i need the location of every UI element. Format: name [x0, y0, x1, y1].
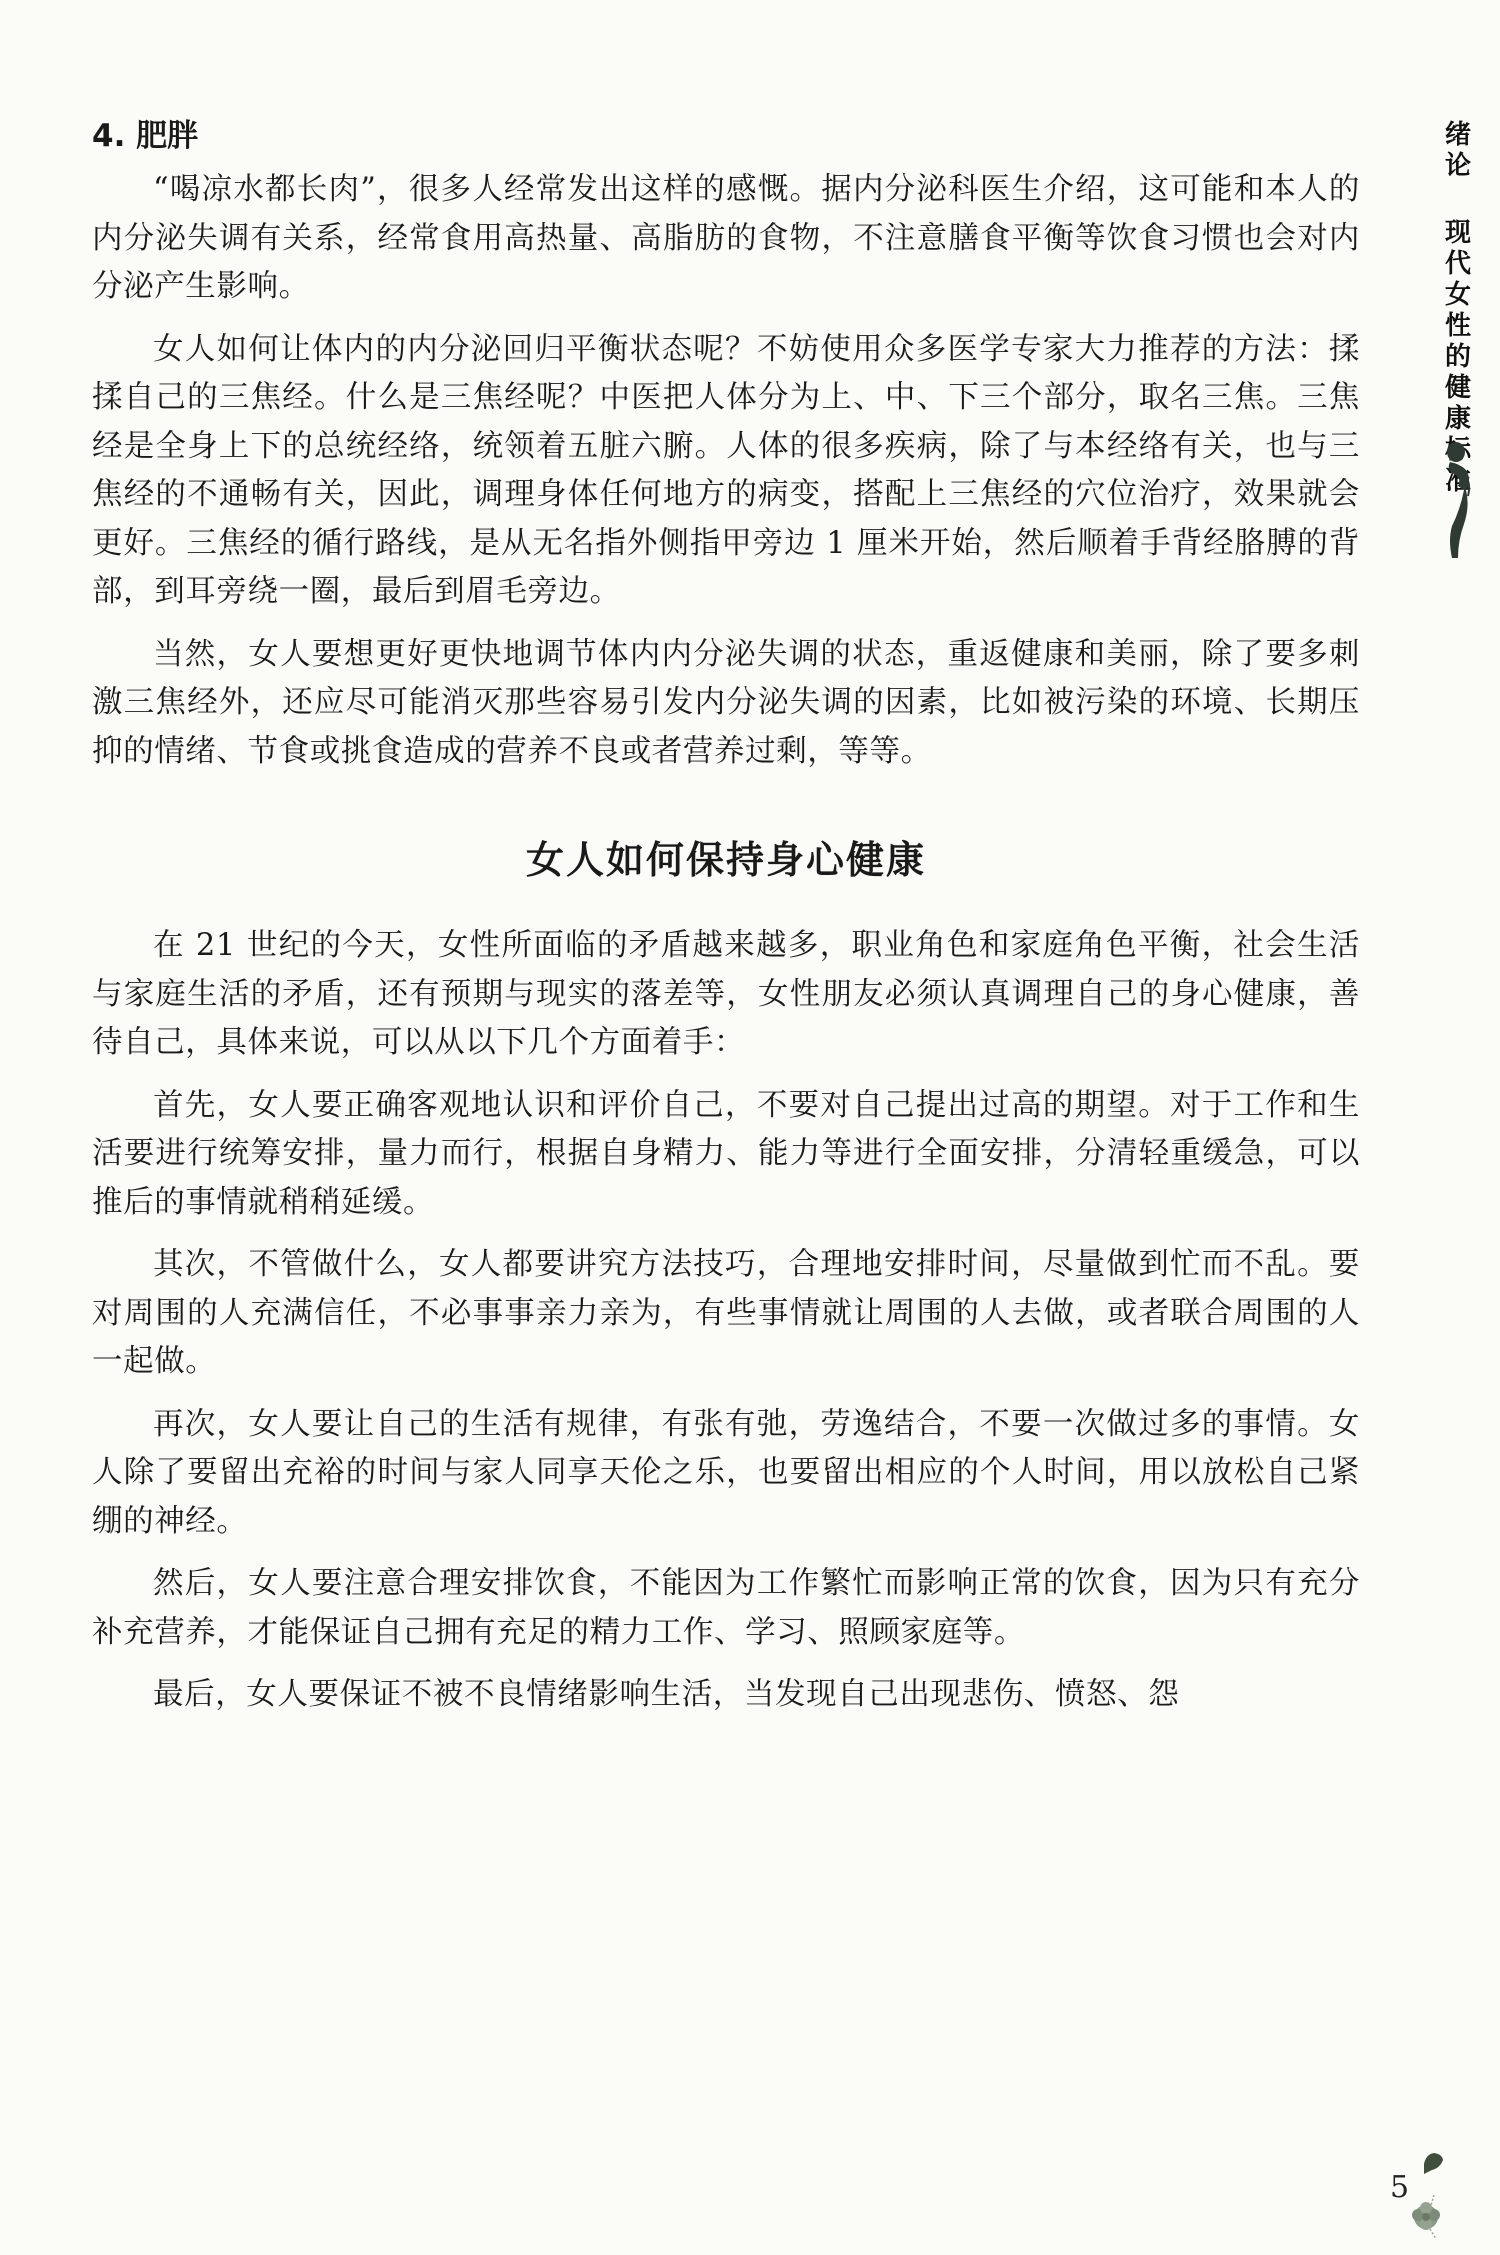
woman-figure-icon [1436, 440, 1476, 560]
running-head-part: 绪论 [1440, 120, 1476, 182]
paragraph: 然后，女人要注意合理安排饮食，不能因为工作繁忙而影响正常的饮食，因为只有充分补充… [92, 1560, 1360, 1657]
paragraph: 当然，女人要想更好更快地调节体内内分泌失调的状态，重返健康和美丽，除了要多刺激三… [92, 631, 1360, 777]
section-health: 女人如何保持身心健康 在 21 世纪的今天，女性所面临的矛盾越来越多，职业角色和… [92, 836, 1360, 1720]
paragraph: 最后，女人要保证不被不良情绪影响生活，当发现自己出现悲伤、愤怒、怨 [92, 1671, 1360, 1720]
paragraph: “喝凉水都长肉”，很多人经常发出这样的感慨。据内分泌科医生介绍，这可能和本人的内… [92, 166, 1360, 312]
leaf-ornament-icon [1420, 2150, 1446, 2176]
paragraph: 女人如何让体内的内分泌回归平衡状态呢？不妨使用众多医学专家大力推荐的方法：揉揉自… [92, 326, 1360, 617]
subheading-obesity: 4. 肥胖 [92, 112, 1360, 160]
flower-ornament-icon [1404, 2195, 1448, 2239]
page-body: 4. 肥胖 “喝凉水都长肉”，很多人经常发出这样的感慨。据内分泌科医生介绍，这可… [92, 112, 1360, 1734]
running-head-gap [1440, 182, 1476, 218]
paragraph: 在 21 世纪的今天，女性所面临的矛盾越来越多，职业角色和家庭角色平衡，社会生活… [92, 922, 1360, 1068]
paragraph: 其次，不管做什么，女人都要讲究方法技巧，合理地安排时间，尽量做到忙而不乱。要对周… [92, 1241, 1360, 1387]
section-obesity: 4. 肥胖 “喝凉水都长肉”，很多人经常发出这样的感慨。据内分泌科医生介绍，这可… [92, 112, 1360, 776]
paragraph: 首先，女人要正确客观地认识和评价自己，不要对自己提出过高的期望。对于工作和生活要… [92, 1082, 1360, 1228]
section-title: 女人如何保持身心健康 [92, 836, 1360, 884]
paragraph: 再次，女人要让自己的生活有规律，有张有弛，劳逸结合，不要一次做过多的事情。女人除… [92, 1401, 1360, 1547]
